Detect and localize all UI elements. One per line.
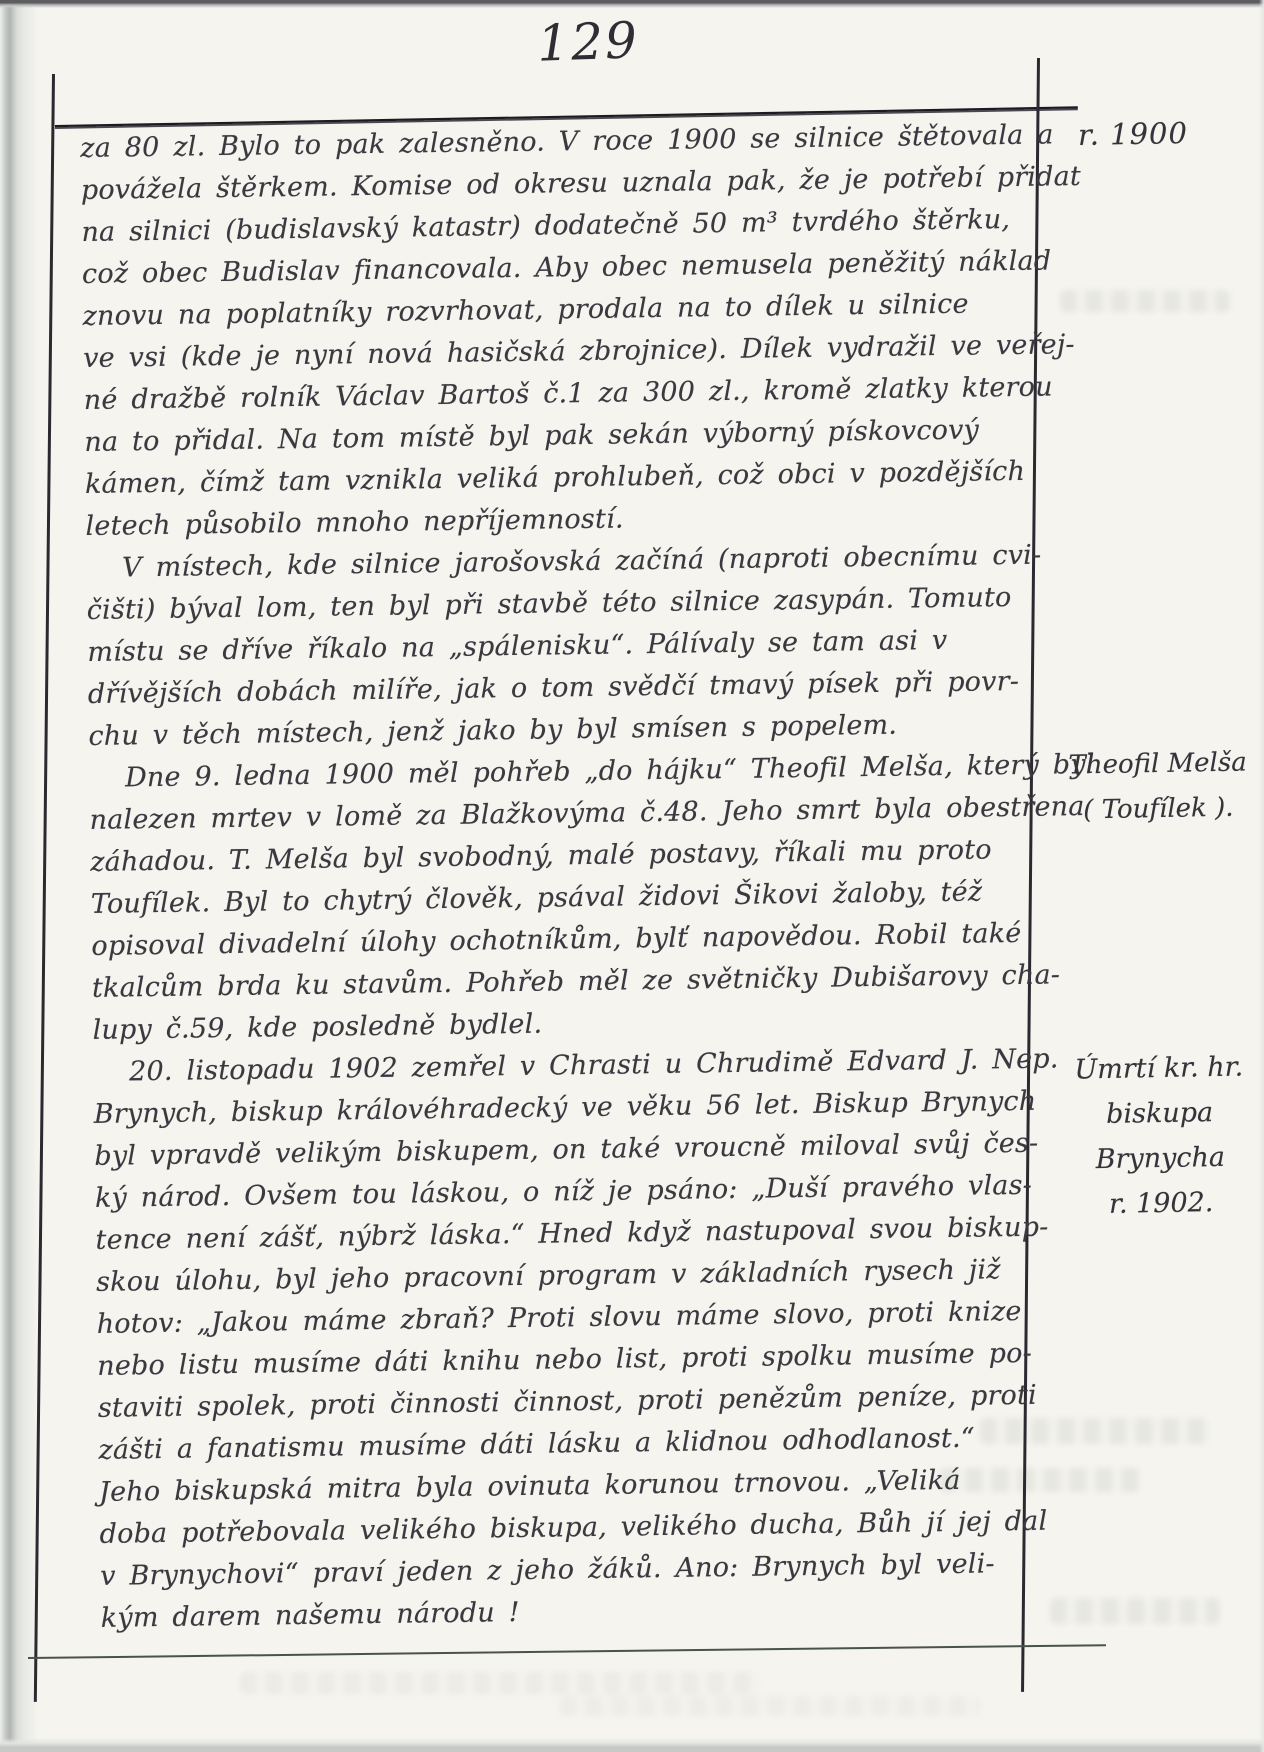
bleed-through-artifact (1060, 290, 1230, 312)
margin-note-line: Úmrtí kr. hr. (1064, 1044, 1253, 1092)
scan-edge-left (0, 0, 38, 1752)
margin-note-line: Brynycha (1066, 1134, 1255, 1182)
margin-note-brynych-death: Úmrtí kr. hr. biskupa Brynycha r. 1902. (1064, 1044, 1255, 1227)
manuscript-text-block: za 80 zl. Bylo to pak zalesněno. V roce … (80, 115, 1059, 1640)
margin-note-line: r. 1902. (1067, 1179, 1256, 1227)
bleed-through-artifact (1050, 1598, 1220, 1624)
ruled-line-bottom (28, 1644, 1106, 1659)
scan-edge-right (1259, 0, 1264, 1752)
margin-note-line: biskupa (1065, 1089, 1254, 1137)
margin-note-year-1900: r. 1900 (1078, 113, 1189, 155)
page-number: 129 (527, 12, 649, 72)
margin-note-melsa: Theofil Melša ( Toufílek ). (1057, 740, 1259, 833)
scanned-chronicle-page: { "page": { "number": "129" }, "margin_n… (0, 0, 1264, 1752)
bleed-through-artifact (560, 1696, 980, 1716)
scan-edge-bottom (0, 1738, 1264, 1752)
scan-edge-top (0, 0, 1264, 8)
margin-note-line: ( Toufílek ). (1058, 785, 1259, 833)
bleed-through-artifact (240, 1672, 760, 1694)
margin-note-line: Theofil Melša (1057, 740, 1258, 788)
